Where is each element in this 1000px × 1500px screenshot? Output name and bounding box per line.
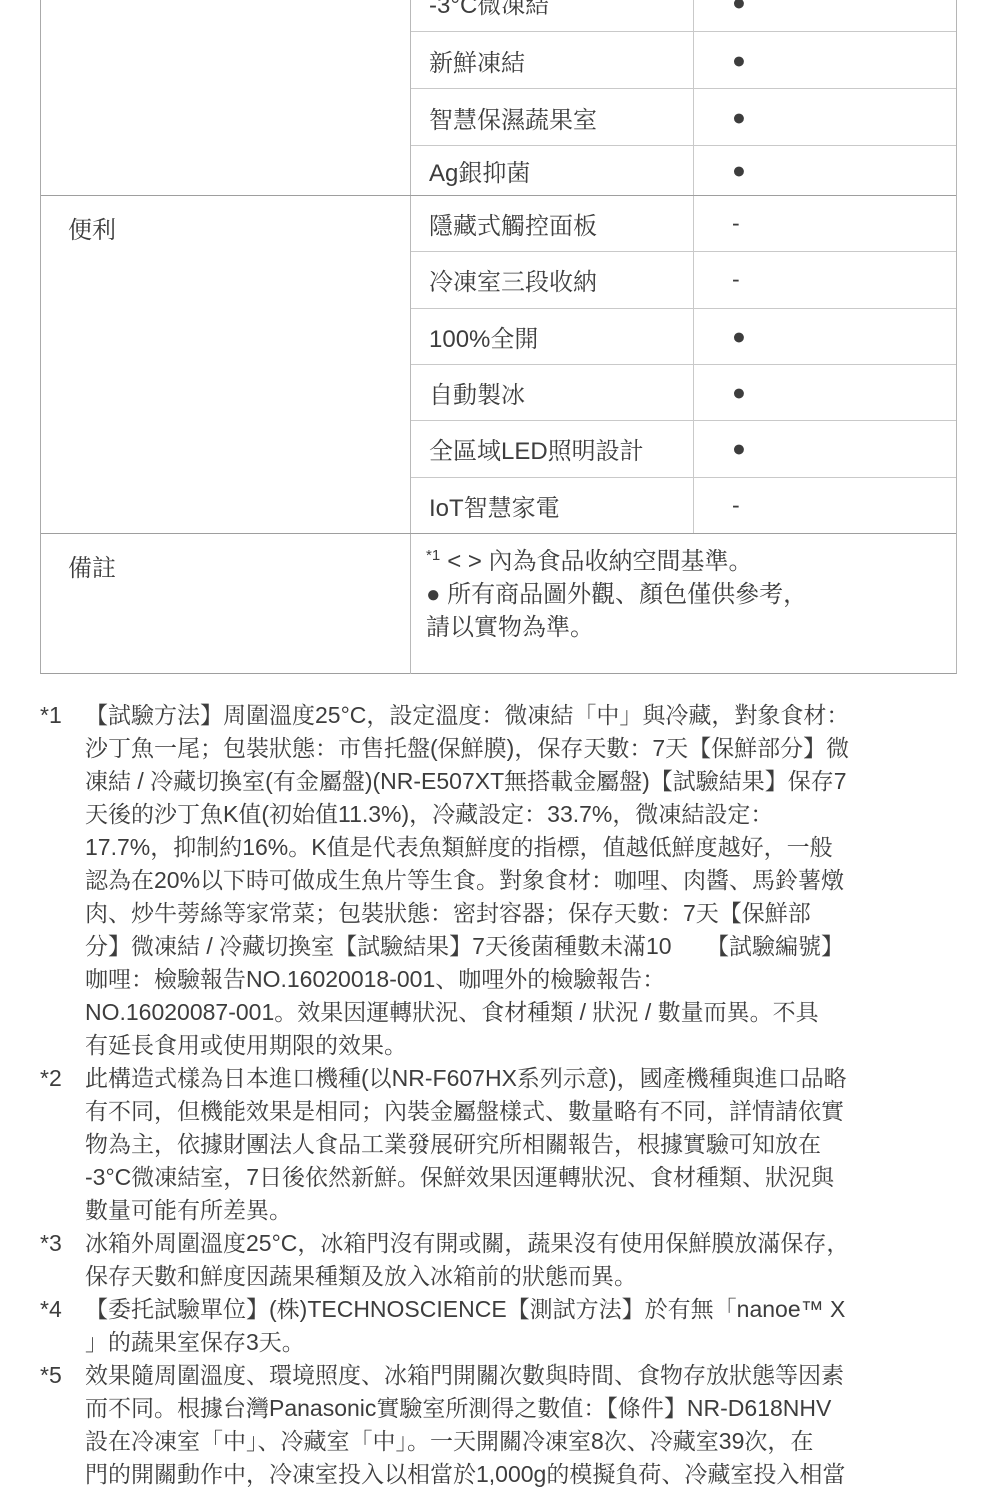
table-row: 隱藏式觸控面板 - [411, 196, 956, 251]
remark-line: 請以實物為準。 [426, 611, 956, 644]
feature-value: ● [694, 32, 956, 88]
footnote: *4 【委托試驗單位】(株)TECHNOSCIENCE【測試方法】於有無「nan… [40, 1293, 962, 1359]
feature-label: 自動製冰 [411, 365, 694, 420]
feature-label: IoT智慧家電 [411, 478, 694, 533]
remark-text: *1< > 內為食品收納空間基準。 ● 所有商品圖外觀、顏色僅供參考， 請以實物… [411, 534, 956, 674]
table-row: 新鮮凍結 ● [411, 31, 956, 88]
feature-label: 冷凍室三段收納 [411, 252, 694, 307]
footnotes-section: *1 【試驗方法】周圍溫度25°C，設定溫度：微凍結「中」與冷藏，對象食材： 沙… [40, 699, 962, 1491]
feature-value: ● [694, 0, 956, 31]
footnote: *2 此構造式樣為日本進口機種(以NR-F607HX系列示意)，國產機種與進口品… [40, 1062, 962, 1227]
feature-label: 100%全開 [411, 309, 694, 364]
remark-line: ● 所有商品圖外觀、顏色僅供參考， [426, 578, 956, 611]
table-row: Ag銀抑菌 ● [411, 145, 956, 195]
feature-rows: -3°C微凍結 ● 新鮮凍結 ● 智慧保濕蔬果室 ● Ag銀抑菌 ● [411, 0, 956, 195]
feature-value: - [694, 252, 956, 307]
feature-value: ● [694, 365, 956, 420]
footnote-marker: *5 [40, 1359, 85, 1491]
feature-label: 全區域LED照明設計 [411, 421, 694, 476]
feature-label: 智慧保濕蔬果室 [411, 89, 694, 145]
feature-spec-table: -3°C微凍結 ● 新鮮凍結 ● 智慧保濕蔬果室 ● Ag銀抑菌 ● 便利 [40, 0, 957, 674]
feature-value: ● [694, 421, 956, 476]
table-row: 智慧保濕蔬果室 ● [411, 88, 956, 145]
footnote-marker: *4 [40, 1293, 85, 1359]
remark-line: *1< > 內為食品收納空間基準。 [426, 545, 956, 578]
table-row: -3°C微凍結 ● [411, 0, 956, 31]
table-row: 100%全開 ● [411, 308, 956, 364]
feature-value: - [694, 196, 956, 251]
feature-label: -3°C微凍結 [411, 0, 694, 31]
footnote-text: 此構造式樣為日本進口機種(以NR-F607HX系列示意)，國產機種與進口品略 有… [85, 1062, 962, 1227]
feature-label: 隱藏式觸控面板 [411, 196, 694, 251]
footnote-text: 【試驗方法】周圍溫度25°C，設定溫度：微凍結「中」與冷藏，對象食材： 沙丁魚一… [85, 699, 962, 1062]
footnote-text: 效果隨周圍溫度、環境照度、冰箱門開關次數與時間、食物存放狀態等因素 而不同。根據… [85, 1359, 962, 1491]
category-block-convenience: 便利 隱藏式觸控面板 - 冷凍室三段收納 - 100%全開 ● 自動製冰 ● [41, 195, 956, 533]
feature-label: 新鮮凍結 [411, 32, 694, 88]
category-block-fresh: -3°C微凍結 ● 新鮮凍結 ● 智慧保濕蔬果室 ● Ag銀抑菌 ● [41, 0, 956, 195]
feature-value: ● [694, 309, 956, 364]
footnote-text: 冰箱外周圍溫度25°C，冰箱門沒有開或關，蔬果沒有使用保鮮膜放滿保存， 保存天數… [85, 1227, 962, 1293]
remark-line-text: < > 內為食品收納空間基準。 [447, 548, 752, 575]
feature-value: - [694, 478, 956, 533]
category-label: 便利 [41, 196, 411, 533]
table-row: 全區域LED照明設計 ● [411, 420, 956, 476]
category-label [41, 0, 411, 195]
feature-value: ● [694, 89, 956, 145]
feature-label: Ag銀抑菌 [411, 146, 694, 195]
table-row: IoT智慧家電 - [411, 477, 956, 533]
remark-row: 備註 *1< > 內為食品收納空間基準。 ● 所有商品圖外觀、顏色僅供參考， 請… [41, 533, 956, 674]
remark-label: 備註 [41, 534, 411, 674]
footnote: *3 冰箱外周圍溫度25°C，冰箱門沒有開或關，蔬果沒有使用保鮮膜放滿保存， 保… [40, 1227, 962, 1293]
footnote-ref-marker: *1 [426, 547, 440, 564]
footnote-marker: *3 [40, 1227, 85, 1293]
spec-page: -3°C微凍結 ● 新鮮凍結 ● 智慧保濕蔬果室 ● Ag銀抑菌 ● 便利 [0, 0, 1000, 1500]
footnote-text: 【委托試驗單位】(株)TECHNOSCIENCE【測試方法】於有無「nanoe™… [85, 1293, 962, 1359]
footnote: *1 【試驗方法】周圍溫度25°C，設定溫度：微凍結「中」與冷藏，對象食材： 沙… [40, 699, 962, 1062]
table-row: 冷凍室三段收納 - [411, 251, 956, 307]
footnote-marker: *1 [40, 699, 85, 1062]
table-row: 自動製冰 ● [411, 364, 956, 420]
footnote: *5 效果隨周圍溫度、環境照度、冰箱門開關次數與時間、食物存放狀態等因素 而不同… [40, 1359, 962, 1491]
feature-value: ● [694, 146, 956, 195]
feature-rows: 隱藏式觸控面板 - 冷凍室三段收納 - 100%全開 ● 自動製冰 ● 全區域L… [411, 196, 956, 533]
footnote-marker: *2 [40, 1062, 85, 1227]
